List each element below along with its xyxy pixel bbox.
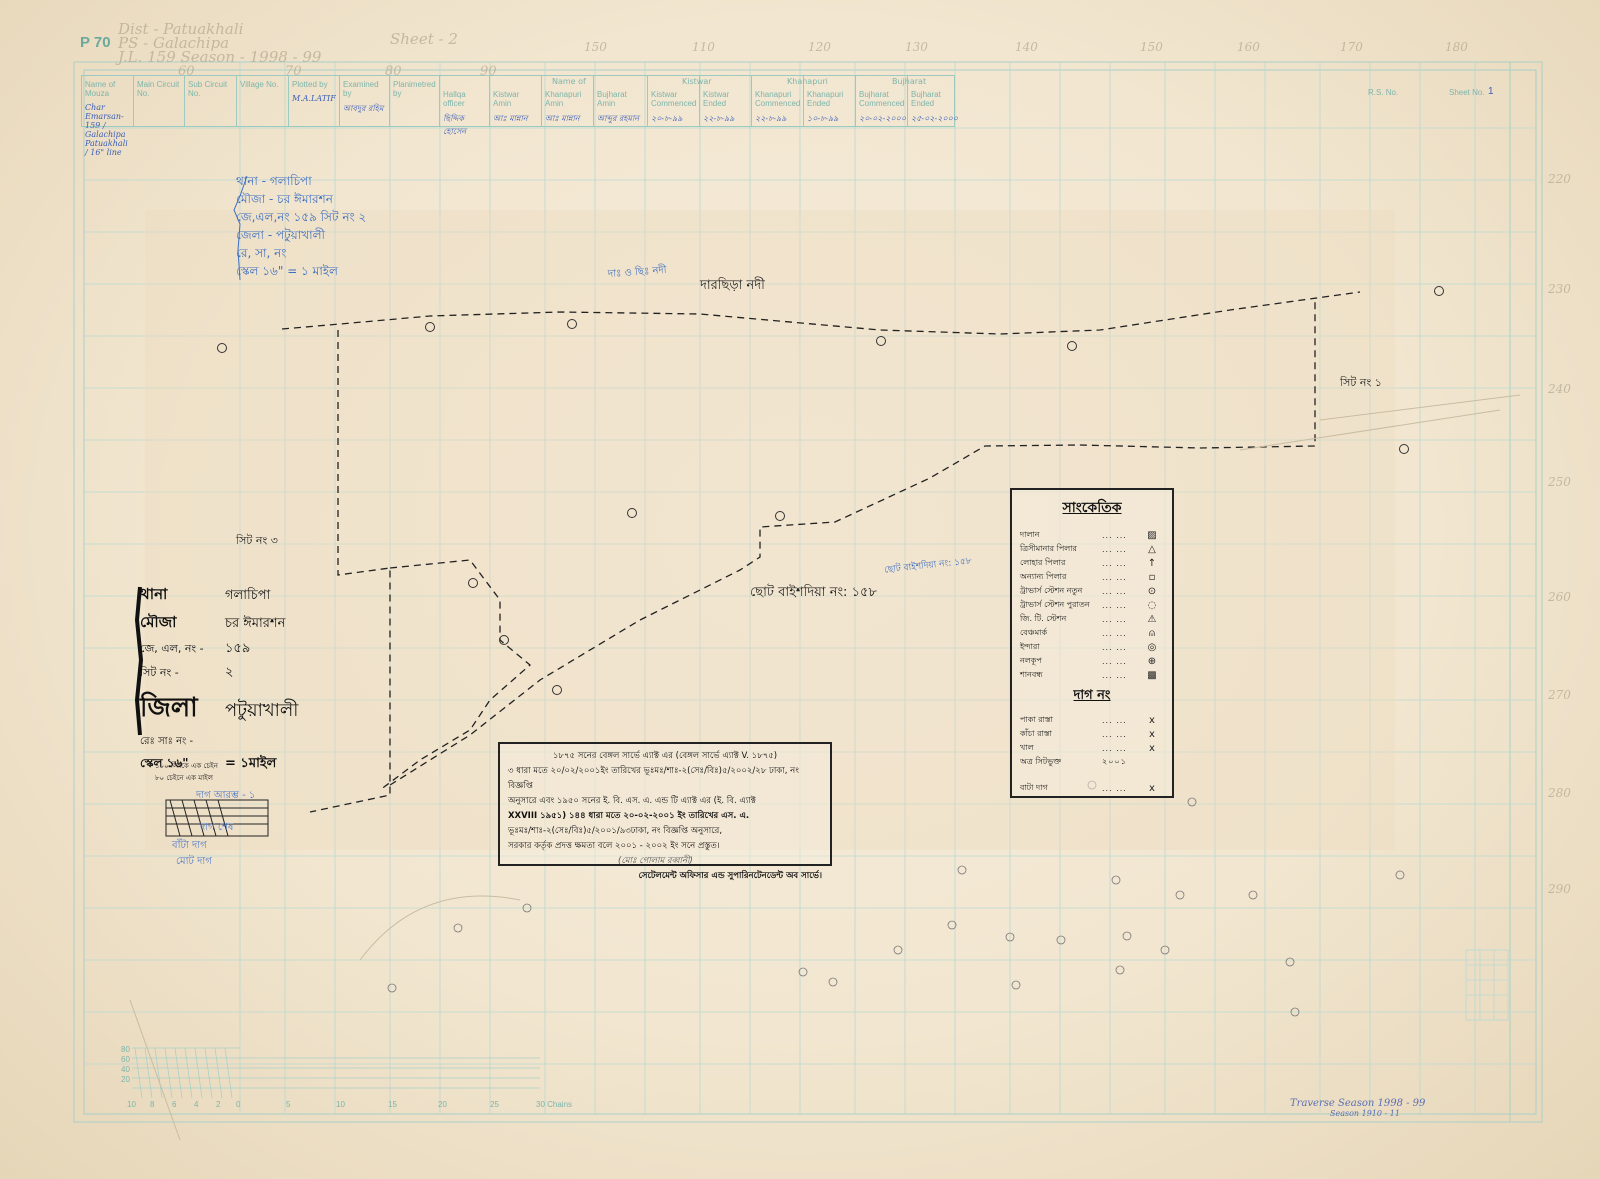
hdr-value: ২৫-০২-২০০০ <box>911 113 952 126</box>
benchmark-icon: ⍝ <box>1142 628 1162 639</box>
notice-line: ১৮৭৫ সনের বেঙ্গল সার্ভে এ্যাক্ট এর (বেঙ্… <box>508 749 822 764</box>
legend-item-name: লোহার পিলার <box>1020 557 1102 570</box>
left-scale-tick: 80 <box>121 1045 130 1054</box>
cadastral-map-sheet: P 70 Dist - Patuakhali PS - Galachipa J.… <box>0 0 1600 1179</box>
hdr-value: M.A.LATIF <box>292 94 337 103</box>
top-tick: 160 <box>1237 40 1260 54</box>
legend-item: ট্রাভার্স স্টেশন পুরাতন... ...◌ <box>1020 598 1164 612</box>
hdr-value: ২০-০২-২০০০ <box>859 113 905 126</box>
sheet-code: P 70 <box>80 34 111 51</box>
hdr-value: ১০-৮-৯৯ <box>807 113 853 126</box>
plot-item-name: পাকা রাস্তা <box>1020 714 1102 727</box>
top-tick: 180 <box>1445 40 1468 54</box>
hdr-label: Bujharat Commenced <box>859 90 904 108</box>
hdr-label: Examined by <box>343 80 379 98</box>
blue-handwritten-note: থানা - গলাচিপা মৌজা - চর ঈমারশন জে,এল,নং… <box>236 172 366 280</box>
right-tick: 290 <box>1548 882 1571 896</box>
plot-item-name: কাঁচা রাস্তা <box>1020 728 1102 741</box>
notice-line: অনুসারে এবং ১৯৫০ সনের ই. বি. এস. এ. এন্ড… <box>508 794 822 809</box>
notice-line: ভূঃমঃ/শাঃ-২(সেঃ/বিঃ)৫/২০০১/৯৩ঢাকা, নং বি… <box>508 824 822 839</box>
plot-item-value: ২০০১ <box>1102 756 1142 769</box>
tubewell-icon: ⊕ <box>1142 656 1162 667</box>
rs-no-label: R.S. No. <box>1368 88 1398 97</box>
hdr-value: আঃ মান্নান <box>545 113 591 126</box>
gt-station-icon: ⚠ <box>1142 614 1162 625</box>
traverse-line: Traverse Season 1998 - 99 <box>1290 1098 1425 1109</box>
hdr-value: আবদুর রহিম <box>343 103 387 116</box>
plot-end-note: দাগ শেষ <box>200 820 233 837</box>
mouza-value: চর ঈমারশন <box>225 614 285 635</box>
hdr-label: Bujharat Ended <box>911 90 941 108</box>
hdr-label: Kistwar Ended <box>703 90 729 108</box>
legend-item-name: ট্রাভার্স স্টেশন নতুন <box>1020 585 1102 598</box>
paved-ghat-icon: ▩ <box>1142 670 1162 681</box>
notice-line: XXVIII ১৯৫১) ১৪৪ ধারা মতে ২০-০২-২০০১ ইং … <box>508 809 822 824</box>
hdr-label: Khanapuri Amin <box>545 90 581 108</box>
legend-item-name: শানবন্ধ <box>1020 669 1102 682</box>
plot-item: খাল... ...x <box>1020 741 1164 755</box>
jl-value: ১৫৯ <box>225 639 250 660</box>
river-label: দারছিড়া নদী <box>700 276 765 297</box>
right-tick: 240 <box>1548 382 1571 396</box>
plot-number-title: দাগ নং <box>1020 686 1164 707</box>
legend-item: নলকূপ... ...⊕ <box>1020 654 1164 668</box>
well-icon: ◎ <box>1142 642 1162 653</box>
scale-value: = ১মাইল <box>225 754 276 775</box>
mouza-key: মৌজা <box>140 611 225 636</box>
district-row: জিলা পটুয়াখালী <box>140 687 390 731</box>
bottom-scale-tick: 0 <box>236 1100 240 1109</box>
total-plot-note: মোট দাগ <box>176 854 212 871</box>
hdr-group-kistwar: Kistwar <box>682 77 712 86</box>
bottom-scale-tick: 10 <box>336 1100 345 1109</box>
thana-row: থানা গলাচিপা <box>140 583 390 608</box>
legend-item-name: ত্রিসীমানার পিলার <box>1020 543 1102 556</box>
bottom-scale-tick: 15 <box>388 1100 397 1109</box>
note-line: জে,এল,নং ১৫৯ সিট নং ২ <box>236 208 366 226</box>
right-tick: 230 <box>1548 282 1571 296</box>
plot-item-name: খাল <box>1020 742 1102 755</box>
cross-mark-icon: x <box>1142 743 1162 754</box>
hdr-value: ২২-৮-৯৯ <box>703 113 749 126</box>
hdr-col-main-circuit: Main Circuit No. <box>134 76 185 126</box>
left-scale-tick: 40 <box>121 1065 130 1074</box>
hdr-col-bujharat-amin: Bujharat Amin আব্দুর রহমান <box>594 76 648 126</box>
hdr-group-bujharat: Bujharat <box>892 77 926 86</box>
legend-item: বেঞ্চমার্ক... ...⍝ <box>1020 626 1164 640</box>
right-tick: 260 <box>1548 590 1571 604</box>
scale-note-line: ৮০ চেইনে এক মাইল <box>155 772 218 784</box>
hdr-col-sub-circuit: Sub Circuit No. <box>185 76 237 126</box>
map-legend: সাংকেতিক দালান... ...▨ ত্রিসীমানার পিলার… <box>1010 488 1174 798</box>
sheet-no-label: Sheet No. <box>1449 88 1485 97</box>
legend-item: অন্যান্য পিলার... ...▫ <box>1020 570 1164 584</box>
hdr-label: Name of Mouza <box>85 80 115 98</box>
hdr-label: Main Circuit No. <box>137 80 179 98</box>
hdr-col-planimetred: Planimetred by <box>390 76 440 126</box>
cross-mark-icon: x <box>1142 783 1162 794</box>
survey-header-table: Name of Mouza Char Emarsan-159 / Galachi… <box>81 75 955 127</box>
building-icon: ▨ <box>1142 530 1162 541</box>
adjacent-sheet-east-label: সিট নং ১ <box>1340 374 1382 393</box>
top-tick: 150 <box>1140 40 1163 54</box>
trijunction-pillar-icon: △ <box>1142 544 1162 555</box>
sheet-key: সিট নং - <box>140 664 225 683</box>
top-tick: 140 <box>1015 40 1038 54</box>
legend-item: লোহার পিলার... ...↑ <box>1020 556 1164 570</box>
hdr-value: আব্দুর রহমান <box>597 113 645 126</box>
hdr-value: Char Emarsan-159 / Galachipa Patuakhali … <box>85 103 131 157</box>
hdr-label: Plotted by <box>292 80 328 89</box>
notice-footer: সেটেলমেন্ট অফিসার এন্ড সুপারিনটেনডেন্ট অ… <box>508 869 822 884</box>
bottom-scale-tick: 2 <box>216 1100 220 1109</box>
old-traverse-station-icon: ◌ <box>1142 600 1162 611</box>
bottom-scale-tick: 5 <box>286 1100 290 1109</box>
jl-key: জে, এল, নং - <box>140 640 225 659</box>
hdr-label: Bujharat Amin <box>597 90 627 108</box>
hdr-label: Village No. <box>240 80 279 89</box>
note-line: স্কেল ১৬" = ১ মাইল <box>236 262 366 280</box>
legend-item: দালান... ...▨ <box>1020 528 1164 542</box>
plot-item-name: অত্র সিটভুক্ত <box>1020 756 1102 769</box>
hdr-label: Kistwar Commenced <box>651 90 696 108</box>
hdr-col-plotted: Plotted by M.A.LATIF <box>289 76 340 126</box>
hdr-value: ছিদ্দিক হোসেন <box>443 113 487 139</box>
legend-item: জি. টি. স্টেশন... ...⚠ <box>1020 612 1164 626</box>
right-tick: 250 <box>1548 475 1571 489</box>
iron-pillar-icon: ↑ <box>1142 558 1162 569</box>
right-tick: 270 <box>1548 688 1571 702</box>
note-line: রে, সা, নং <box>236 244 366 262</box>
plot-item: কাঁচা রাস্তা... ...x <box>1020 727 1164 741</box>
bottom-scale-tick: 20 <box>438 1100 447 1109</box>
hdr-label: Sub Circuit No. <box>188 80 227 98</box>
title-block: থানা গলাচিপা মৌজা চর ঈমারশন জে, এল, নং -… <box>140 583 390 778</box>
note-line: জেলা - পটুয়াখালী <box>236 226 366 244</box>
legend-item: ট্রাভার্স স্টেশন নতুন... ...⊙ <box>1020 584 1164 598</box>
hdr-label: Kistwar Amin <box>493 90 519 108</box>
note-line: মৌজা - চর ঈমারশন <box>236 190 366 208</box>
officer-signature: (মোঃ গোলাম রব্বানী) <box>508 854 822 869</box>
bottom-scale-tick: 8 <box>150 1100 154 1109</box>
plot-item: অত্র সিটভুক্ত২০০১ <box>1020 755 1164 769</box>
notice-line: সরকার কর্তৃক প্রদত্ত ক্ষমতা বলে ২০০১ - ২… <box>508 839 822 854</box>
legend-item: ইন্দারা... ...◎ <box>1020 640 1164 654</box>
hdr-value: ২২-৮-৯৯ <box>755 113 801 126</box>
bottom-scale-tick: 4 <box>194 1100 198 1109</box>
legend-item-name: ইন্দারা <box>1020 641 1102 654</box>
legend-item-name: বেঞ্চমার্ক <box>1020 627 1102 640</box>
thana-value: গলাচিপা <box>225 586 270 607</box>
traverse-season-note: Traverse Season 1998 - 99 Season 1910 - … <box>1290 1098 1425 1118</box>
hdr-label: Hallqa officer <box>443 90 466 108</box>
plot-item-name: বাটা দাগ <box>1020 782 1102 795</box>
legend-item-name: জি. টি. স্টেশন <box>1020 613 1102 626</box>
hdr-label: Khanapuri Ended <box>807 90 843 108</box>
plot-item: বাটা দাগ... ...x <box>1020 781 1164 795</box>
top-tick: 130 <box>905 40 928 54</box>
sheet-row: সিট নং - ২ <box>140 663 390 684</box>
hdr-group-name-of: Name of <box>552 77 586 86</box>
top-tick: 170 <box>1340 40 1363 54</box>
hdr-group-khanapuri: Khanapuri <box>787 77 828 86</box>
right-tick: 280 <box>1548 786 1571 800</box>
district-value: পটুয়াখালী <box>225 696 298 727</box>
sheet-value: ২ <box>225 663 233 684</box>
legend-item-name: নলকূপ <box>1020 655 1102 668</box>
legend-item: শানবন্ধ... ...▩ <box>1020 668 1164 682</box>
hdr-value: ২০-৮-৯৯ <box>651 113 697 126</box>
top-tick: 110 <box>692 40 715 54</box>
other-pillar-icon: ▫ <box>1142 572 1162 583</box>
hdr-value: আঃ মান্নান <box>493 113 539 126</box>
hdr-col-mouza: Name of Mouza Char Emarsan-159 / Galachi… <box>82 76 134 126</box>
bottom-scale-tick: 6 <box>172 1100 176 1109</box>
plot-start-note: দাগ আরম্ভ - ১ <box>196 788 255 805</box>
scale-note-line: ১০০ লিংকে এক চেইন <box>155 760 218 772</box>
jl-row: জে, এল, নং - ১৫৯ <box>140 639 390 660</box>
adjacent-sheet-west-label: সিট নং ৩ <box>236 532 278 551</box>
legend-item-name: দালান <box>1020 529 1102 542</box>
legend-item-name: অন্যান্য পিলার <box>1020 571 1102 584</box>
notice-line: ৩ ধারা মতে ২০/০২/২০০১ইং তারিখের ভূঃমঃ/শা… <box>508 764 822 794</box>
note-line: থানা - গলাচিপা <box>236 172 366 190</box>
plot-item: পাকা রাস্তা... ...x <box>1020 713 1164 727</box>
neighbor-mouza-label: ছোট বাইশদিয়া নং: ১৫৮ <box>750 583 877 604</box>
hdr-label: Planimetred by <box>393 80 436 98</box>
hdr-label: Khanapuri Commenced <box>755 90 800 108</box>
traverse-line: Season 1910 - 11 <box>1290 1109 1425 1118</box>
sheet-no-value: 1 <box>1488 86 1494 97</box>
cross-mark-icon: x <box>1142 729 1162 740</box>
hdr-col-examined: Examined by আবদুর রহিম <box>340 76 390 126</box>
legend-item: ত্রিসীমানার পিলার... ...△ <box>1020 542 1164 556</box>
pencil-sheet-number: Sheet - 2 <box>390 30 458 48</box>
right-tick: 220 <box>1548 172 1571 186</box>
left-scale-tick: 60 <box>121 1055 130 1064</box>
bottom-scale-tick: 25 <box>490 1100 499 1109</box>
new-traverse-station-icon: ⊙ <box>1142 586 1162 597</box>
rs-row: রেঃ সাঃ নং - <box>140 734 390 751</box>
rs-key: রেঃ সাঃ নং - <box>140 734 225 751</box>
top-tick: 150 <box>584 40 607 54</box>
notification-box: ১৮৭৫ সনের বেঙ্গল সার্ভে এ্যাক্ট এর (বেঙ্… <box>498 742 832 866</box>
bottom-scale-tick: 30 Chains <box>536 1100 572 1109</box>
cut-plot-note: বাঁটা দাগ <box>172 838 207 855</box>
left-scale-tick: 20 <box>121 1075 130 1084</box>
hdr-col-village: Village No. <box>237 76 289 126</box>
scale-note: ১০০ লিংকে এক চেইন ৮০ চেইনে এক মাইল <box>155 760 218 784</box>
cross-mark-icon: x <box>1142 715 1162 726</box>
thana-key: থানা <box>140 583 225 608</box>
hdr-col-kistwar-amin: Kistwar Amin আঃ মান্নান <box>490 76 542 126</box>
mouza-row: মৌজা চর ঈমারশন <box>140 611 390 636</box>
legend-title: সাংকেতিক <box>1020 496 1164 520</box>
legend-item-name: ট্রাভার্স স্টেশন পুরাতন <box>1020 599 1102 612</box>
district-key: জিলা <box>140 687 225 731</box>
hdr-col-halqa: Hallqa officer ছিদ্দিক হোসেন <box>440 76 490 126</box>
bottom-scale-tick: 10 <box>127 1100 136 1109</box>
top-tick: 120 <box>808 40 831 54</box>
